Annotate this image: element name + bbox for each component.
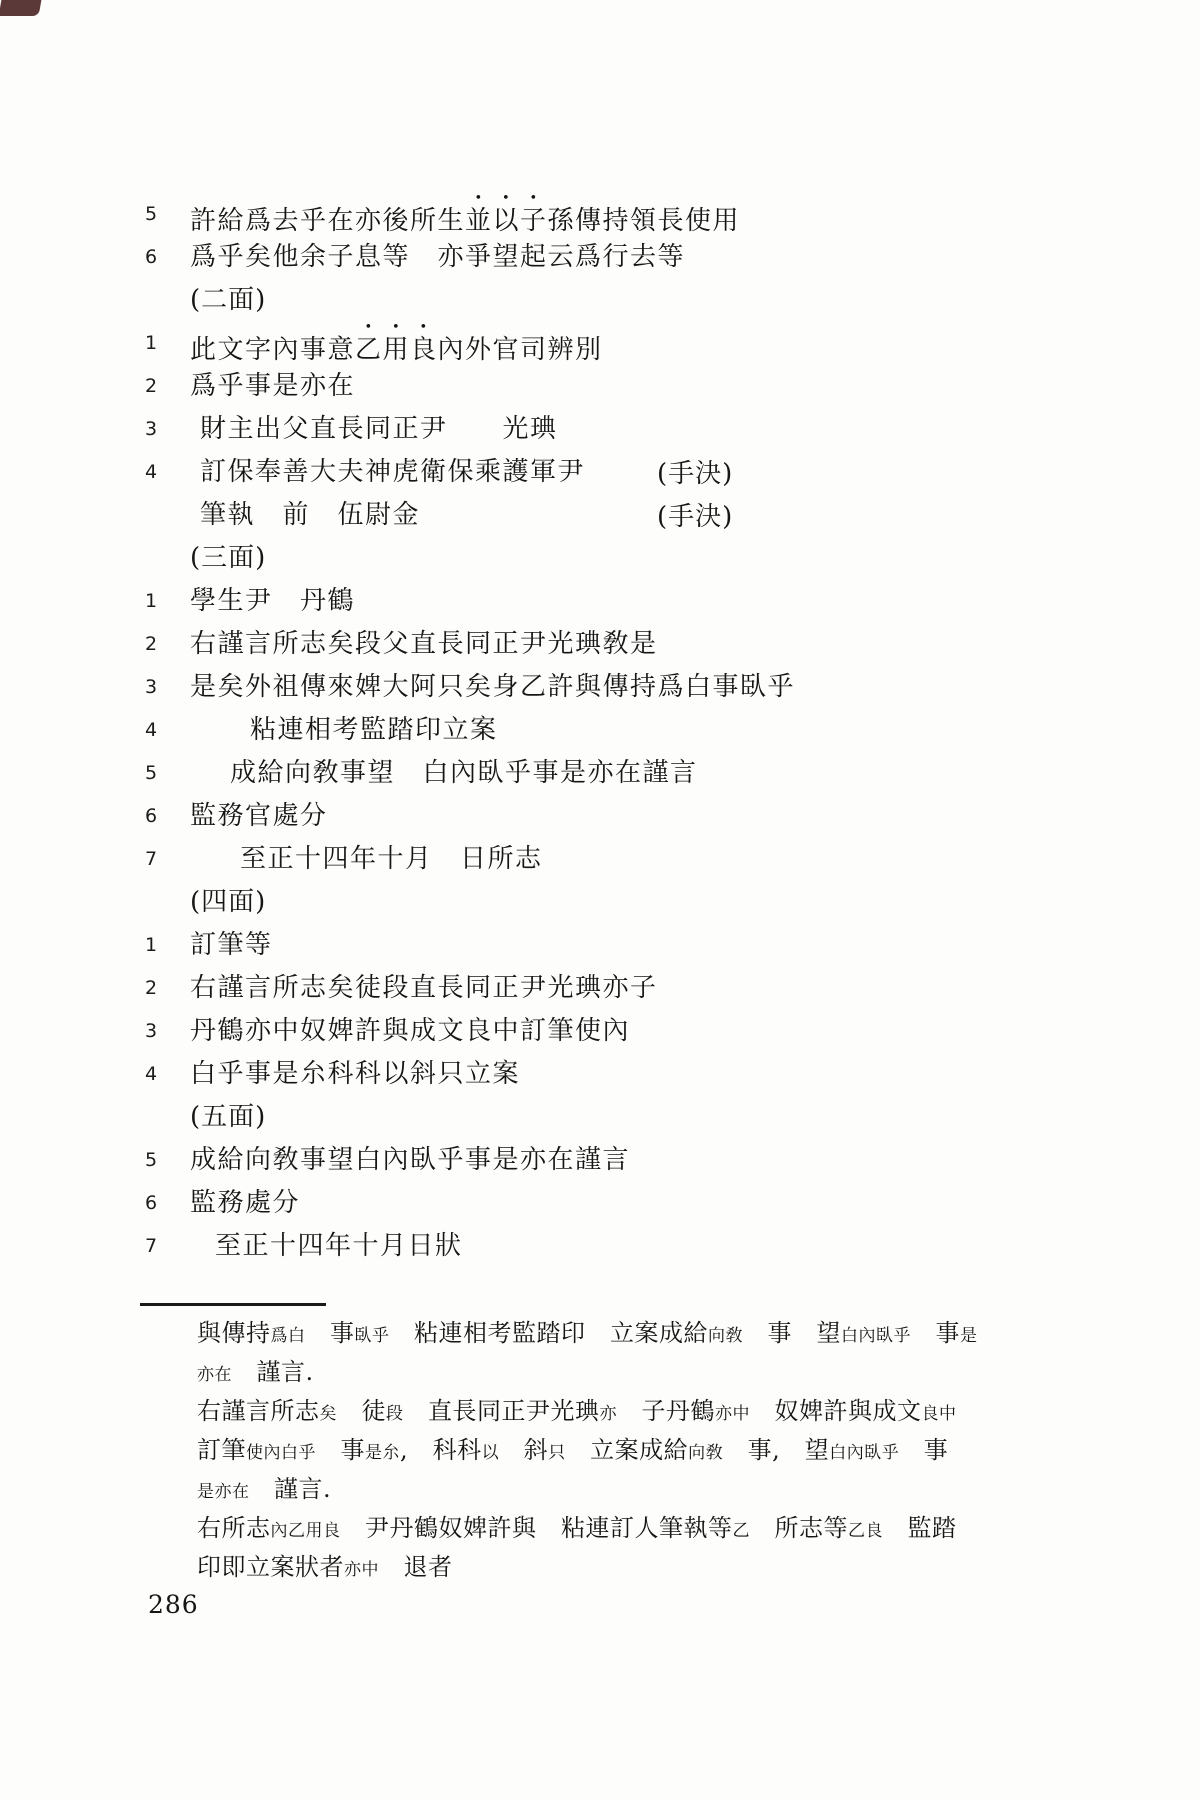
idu-small-text: 內乙用良 (271, 1512, 341, 1551)
text-line: 3丹鶴亦中奴婢許與成文良中訂筆使內 (145, 1009, 1105, 1052)
text-line: 2爲乎事是亦在 (145, 364, 1105, 407)
text-line: 3財主出父直長同正尹 光琠 (145, 407, 1105, 450)
footnote-text: 事 (306, 1314, 355, 1353)
footnote-text: , 科科 (400, 1431, 482, 1470)
line-text: 財主出父直長同正尹 光琠 (200, 416, 558, 442)
footnote-text: 事 (316, 1431, 365, 1470)
footnote-text: 徒 (337, 1392, 386, 1431)
footnote-line: 印即立案狀者亦中 退者 (197, 1548, 1117, 1587)
text-line: 筆執 前 伍尉金(手決) (145, 493, 1105, 536)
text-line: 2右謹言所志矣段父直長同正尹光琠敎是 (145, 622, 1105, 665)
footnote-line: 訂筆使內白乎 事是厼, 科科以 斜只 立案成給向敎 事, 望白內臥乎 事 (197, 1431, 1117, 1470)
line-text: 是矣外祖傳來婢大阿只矣身乙許與傳持爲白事臥乎 (190, 674, 795, 700)
line-text: 右謹言所志矣段父直長同正尹光琠敎是 (190, 631, 658, 657)
line-number: 3 (145, 418, 190, 440)
line-text: (五面) (190, 1104, 266, 1130)
line-text: 白乎事是厼科科以斜只立案 (190, 1061, 520, 1087)
line-number: 5 (145, 1149, 190, 1171)
line-number: 7 (145, 848, 190, 870)
text-line: 6監務官處分 (145, 794, 1105, 837)
line-text: 許給爲去乎在亦後所生並以子孫傳持領長使用 (190, 191, 740, 236)
text-line: 2右謹言所志矣徒段直長同正尹光琠亦子 (145, 966, 1105, 1009)
footnote-text: 右謹言所志 (197, 1392, 320, 1431)
idu-small-text: 乙 (733, 1512, 751, 1551)
footnote-line: 是亦在 謹言. (197, 1470, 1117, 1509)
text-line: 3是矣外祖傳來婢大阿只矣身乙許與傳持爲白事臥乎 (145, 665, 1105, 708)
footnote-block: 與傳持爲白 事臥乎 粘連相考監踏印 立案成給向敎 事 望白內臥乎 事是亦在 謹言… (197, 1314, 1117, 1587)
text-line: 7至正十四年十月日狀 (145, 1224, 1105, 1267)
line-text: 成給向敎事望白內臥乎事是亦在謹言 (190, 1147, 630, 1173)
text-line: 4訂保奉善大夫神虎衛保乘護軍尹(手決) (145, 450, 1105, 493)
hand-sign-label: (手決) (657, 453, 733, 490)
line-number: 2 (145, 633, 190, 655)
text-line: 4白乎事是厼科科以斜只立案 (145, 1052, 1105, 1095)
footnote-text: 事 望 (743, 1314, 841, 1353)
idu-small-text: 亦中 (344, 1551, 379, 1590)
line-number: 4 (145, 1063, 190, 1085)
idu-small-text: 矣 (320, 1395, 338, 1434)
footnote-text: 粘連相考監踏印 立案成給 (390, 1314, 709, 1353)
line-number: 1 (145, 332, 190, 354)
text-line: 1訂筆等 (145, 923, 1105, 966)
footnote-text: 退者 (379, 1548, 453, 1587)
idu-small-text: 向敎 (708, 1317, 743, 1356)
line-number: 2 (145, 375, 190, 397)
line-text: 爲乎矣他余子息等 亦爭望起云爲行去等 (190, 244, 685, 270)
text-line: 5成給向敎事望白內臥乎事是亦在謹言 (145, 1138, 1105, 1181)
idu-small-text: 使內白乎 (246, 1434, 316, 1473)
idu-small-text: 良中 (922, 1395, 957, 1434)
document-page: 5許給爲去乎在亦後所生並以子孫傳持領長使用6爲乎矣他余子息等 亦爭望起云爲行去等… (0, 0, 1200, 1800)
footnote-line: 右所志內乙用良 尹丹鶴奴婢許與 粘連訂人筆執等乙 所志等乙良 監踏 (197, 1509, 1117, 1548)
line-text: 此文字內事意乙用良內外官司辨別 (190, 320, 603, 365)
section-header: (五面) (145, 1095, 1105, 1138)
footnote-text: 斜 (499, 1431, 548, 1470)
idu-small-text: 是亦在 (197, 1473, 250, 1512)
main-text-block: 5許給爲去乎在亦後所生並以子孫傳持領長使用6爲乎矣他余子息等 亦爭望起云爲行去等… (145, 192, 1105, 1267)
line-text: 筆執 前 伍尉金 (200, 502, 420, 528)
idu-small-text: 爲白 (271, 1317, 306, 1356)
footnote-text: 所志等 (750, 1509, 848, 1548)
idu-small-text: 亦中 (715, 1395, 750, 1434)
hand-sign-label: (手決) (657, 496, 733, 533)
footnote-separator (140, 1303, 326, 1306)
footnote-text: 奴婢許與成文 (750, 1392, 922, 1431)
idu-small-text: 白內臥乎 (841, 1317, 911, 1356)
line-text: 丹鶴亦中奴婢許與成文良中訂筆使內 (190, 1018, 630, 1044)
line-text: 至正十四年十月日狀 (215, 1233, 463, 1259)
section-header: (三面) (145, 536, 1105, 579)
line-number: 4 (145, 719, 190, 741)
scan-artifact (0, 0, 41, 16)
idu-small-text: 亦在 (197, 1356, 232, 1395)
section-header: (四面) (145, 880, 1105, 923)
idu-small-text: 以 (482, 1434, 500, 1473)
line-text: 學生尹 丹鶴 (190, 588, 355, 614)
text-line: 1此文字內事意乙用良內外官司辨別 (145, 321, 1105, 364)
idu-small-text: 亦 (600, 1395, 618, 1434)
footnote-text: 右所志 (197, 1509, 271, 1548)
text-line: 1學生尹 丹鶴 (145, 579, 1105, 622)
footnote-text: 事, 望 (723, 1431, 829, 1470)
idu-small-text: 白內臥乎 (829, 1434, 899, 1473)
footnote-text: 立案成給 (566, 1431, 689, 1470)
line-text: 成給向敎事望 白內臥乎事是亦在謹言 (230, 760, 698, 786)
idu-small-text: 是厼 (365, 1434, 400, 1473)
footnote-text: 事 (911, 1314, 960, 1353)
line-number: 1 (145, 934, 190, 956)
line-text: 右謹言所志矣徒段直長同正尹光琠亦子 (190, 975, 658, 1001)
section-header: (二面) (145, 278, 1105, 321)
line-number: 5 (145, 762, 190, 784)
text-line: 7至正十四年十月 日所志 (145, 837, 1105, 880)
line-text: 監務官處分 (190, 803, 328, 829)
line-number: 1 (145, 590, 190, 612)
emphasized-text: 並以子 (465, 206, 548, 236)
footnote-text: 謹言. (250, 1470, 332, 1509)
line-text: 訂保奉善大夫神虎衛保乘護軍尹 (200, 459, 585, 485)
footnote-line: 亦在 謹言. (197, 1353, 1117, 1392)
line-text: (二面) (190, 287, 266, 313)
idu-small-text: 乙良 (848, 1512, 883, 1551)
line-number: 3 (145, 1020, 190, 1042)
idu-small-text: 是 (960, 1317, 978, 1356)
text-line: 6監務處分 (145, 1181, 1105, 1224)
line-number: 6 (145, 1192, 190, 1214)
line-number: 6 (145, 246, 190, 268)
idu-small-text: 只 (548, 1434, 566, 1473)
idu-small-text: 臥乎 (355, 1317, 390, 1356)
line-text: 訂筆等 (190, 932, 273, 958)
text-line: 4粘連相考監踏印立案 (145, 708, 1105, 751)
line-text: 監務處分 (190, 1190, 300, 1216)
footnote-text: 監踏 (883, 1509, 957, 1548)
footnote-line: 與傳持爲白 事臥乎 粘連相考監踏印 立案成給向敎 事 望白內臥乎 事是 (197, 1314, 1117, 1353)
text-line: 5成給向敎事望 白內臥乎事是亦在謹言 (145, 751, 1105, 794)
line-number: 7 (145, 1235, 190, 1257)
text-line: 5許給爲去乎在亦後所生並以子孫傳持領長使用 (145, 192, 1105, 235)
text-line: 6爲乎矣他余子息等 亦爭望起云爲行去等 (145, 235, 1105, 278)
idu-small-text: 向敎 (688, 1434, 723, 1473)
idu-small-text: 段 (386, 1395, 404, 1434)
line-text: (三面) (190, 545, 266, 571)
footnote-text: 訂筆 (197, 1431, 246, 1470)
line-text: 爲乎事是亦在 (190, 373, 355, 399)
footnote-line: 右謹言所志矣 徒段 直長同正尹光琠亦 子丹鶴亦中 奴婢許與成文良中 (197, 1392, 1117, 1431)
line-number: 3 (145, 676, 190, 698)
line-number: 4 (145, 461, 190, 483)
footnote-text: 直長同正尹光琠 (404, 1392, 600, 1431)
footnote-text: 謹言. (232, 1353, 314, 1392)
page-number: 286 (148, 1590, 199, 1619)
footnote-text: 子丹鶴 (617, 1392, 715, 1431)
footnote-text: 印即立案狀者 (197, 1548, 344, 1587)
line-text: (四面) (190, 889, 266, 915)
footnote-text: 尹丹鶴奴婢許與 粘連訂人筆執等 (341, 1509, 733, 1548)
line-number: 6 (145, 805, 190, 827)
line-text: 至正十四年十月 日所志 (240, 846, 543, 872)
line-number: 5 (145, 203, 190, 225)
footnote-text: 事 (899, 1431, 948, 1470)
line-text: 粘連相考監踏印立案 (250, 717, 498, 743)
emphasized-text: 乙用良 (355, 335, 438, 365)
footnote-text: 與傳持 (197, 1314, 271, 1353)
line-number: 2 (145, 977, 190, 999)
